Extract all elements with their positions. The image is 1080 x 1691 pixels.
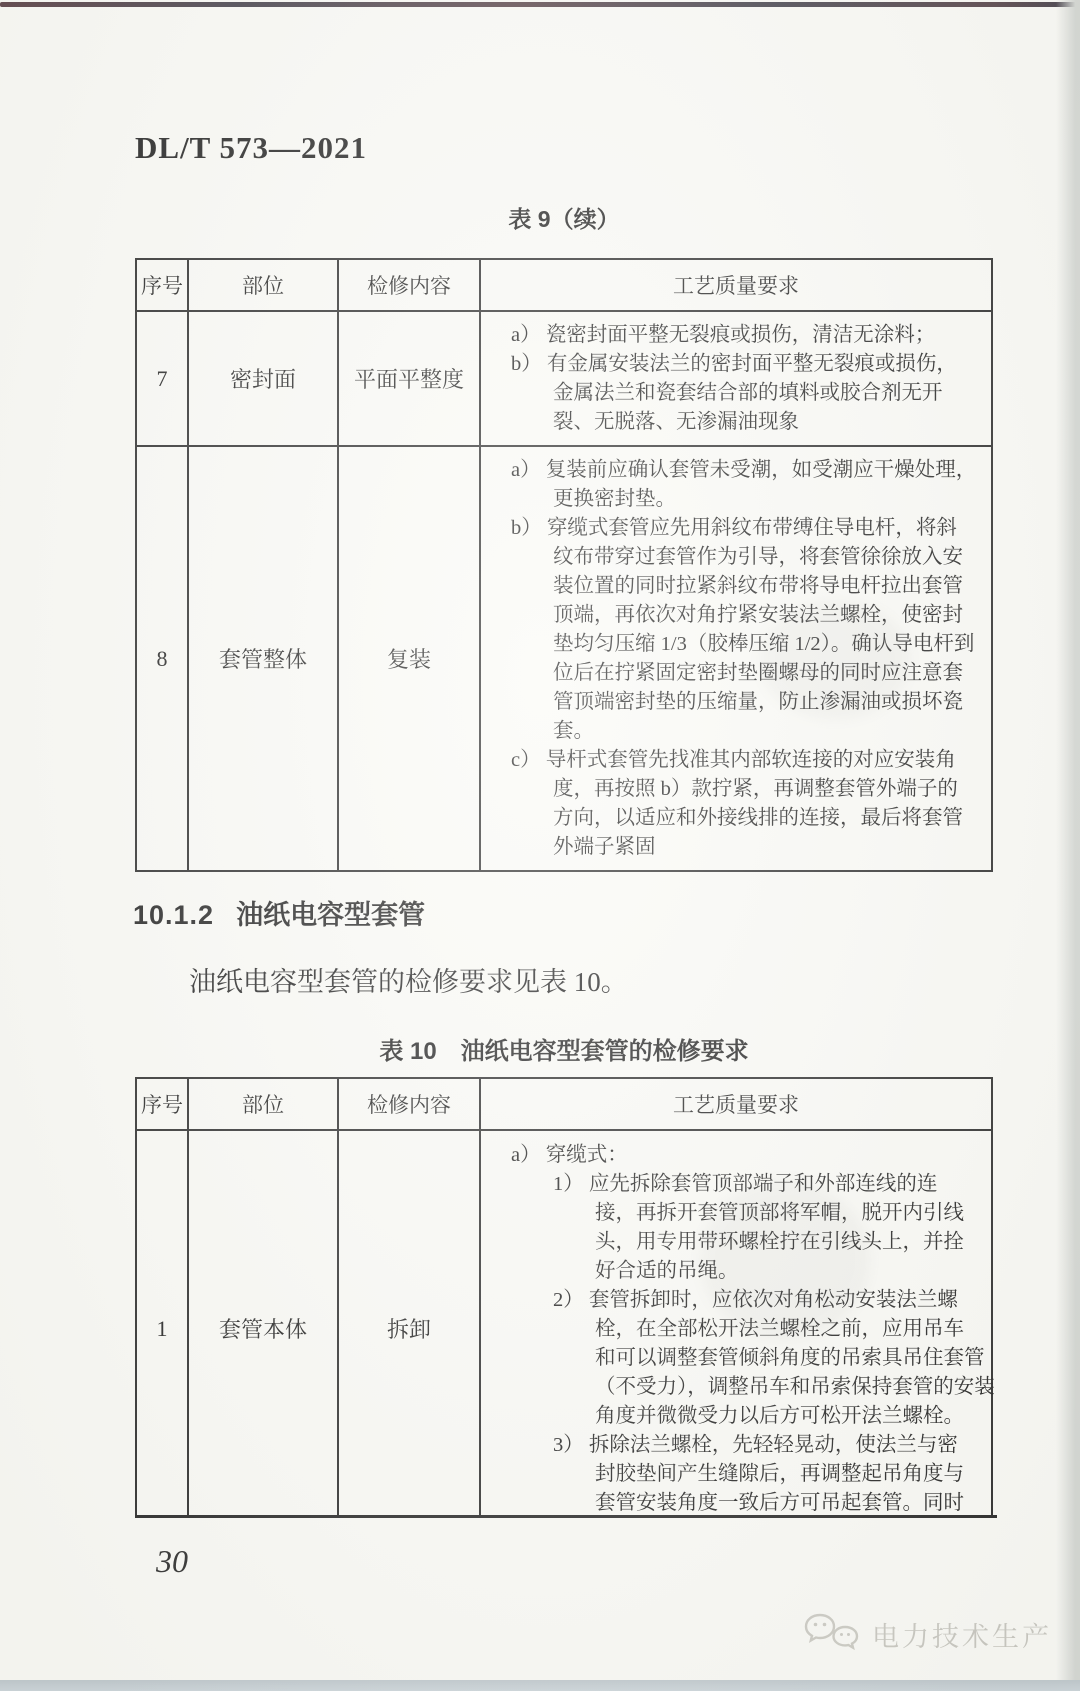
requirement-line: 纹布带穿过套管作为引导，将套管徐徐放入安 [511,543,985,572]
requirement-line: 外端子紧固 [511,833,985,862]
requirement-line: 套。 [511,717,985,746]
column-header-2: 检修内容 [338,259,480,311]
requirement-line: 更换密封垫。 [511,485,985,514]
table10-title: 表 10 油纸电容型套管的检修要求 [135,1031,993,1066]
requirement-line: 1） 应先拆除套管顶部端子和外部连线的连 [511,1170,985,1199]
requirement-line: 3） 拆除法兰螺栓，先轻轻晃动，使法兰与密 [511,1431,985,1460]
requirement-line: 头，用专用带环螺栓拧在引线头上，并拴 [511,1228,985,1257]
requirement-line: 接，再拆开套管顶部将军帽，脱开内引线 [511,1199,985,1228]
table10-container: 序号部位检修内容工艺质量要求1套管本体拆卸a） 穿缆式：1） 应先拆除套管顶部端… [135,1077,997,1518]
requirement-line: b） 有金属安装法兰的密封面平整无裂痕或损伤， [511,350,985,379]
cell-requirements: a） 复装前应确认套管未受潮，如受潮应干燥处理，更换密封垫。b） 穿缆式套管应先… [480,446,992,871]
section-paragraph: 油纸电容型套管的检修要求见表 10。 [189,960,628,999]
table10: 序号部位检修内容工艺质量要求1套管本体拆卸a） 穿缆式：1） 应先拆除套管顶部端… [135,1077,993,1518]
requirement-line: 金属法兰和瓷套结合部的填料或胶合剂无开 [511,379,985,408]
wechat-bubbles-icon [804,1612,862,1656]
requirement-line: 度，再按照 b）款拧紧，再调整套管外端子的 [511,775,985,804]
doc-code: DL/T 573—2021 [135,130,367,166]
header-row: 序号部位检修内容工艺质量要求 [136,259,992,311]
requirement-line: 套管安装角度一致后方可吊起套管。同时 [511,1489,985,1518]
column-header-1: 部位 [188,259,338,311]
cell-requirements: a） 穿缆式：1） 应先拆除套管顶部端子和外部连线的连接，再拆开套管顶部将军帽，… [480,1130,992,1518]
scan-artifact-right-edge [1056,0,1080,1691]
scan-artifact-bottom-edge [0,1680,1080,1691]
requirement-line: （不受力），调整吊车和吊索保持套管的安装 [511,1373,985,1402]
cell-seq: 1 [136,1130,188,1518]
table-row: 8套管整体复装a） 复装前应确认套管未受潮，如受潮应干燥处理，更换密封垫。b） … [136,446,992,871]
cell-requirements: a） 瓷密封面平整无裂痕或损伤，清洁无涂料；b） 有金属安装法兰的密封面平整无裂… [480,311,992,446]
cell-seq: 8 [136,446,188,871]
column-header-2: 检修内容 [338,1078,480,1130]
column-header-1: 部位 [188,1078,338,1130]
section-heading: 10.1.2油纸电容型套管 [133,893,425,932]
table9-container: 序号部位检修内容工艺质量要求7密封面平面平整度a） 瓷密封面平整无裂痕或损伤，清… [135,258,997,872]
scan-artifact-top-edge [0,2,1080,7]
requirement-line: 裂、无脱落、无渗漏油现象 [511,408,985,437]
table-row: 7密封面平面平整度a） 瓷密封面平整无裂痕或损伤，清洁无涂料；b） 有金属安装法… [136,311,992,446]
document-page: DL/T 573—2021 表 9（续） 序号部位检修内容工艺质量要求7密封面平… [0,0,1080,1691]
section-title: 油纸电容型套管 [236,900,425,930]
column-header-0: 序号 [136,1078,188,1130]
requirement-line: b） 穿缆式套管应先用斜纹布带缚住导电杆，将斜 [511,514,985,543]
column-header-3: 工艺质量要求 [480,1078,992,1130]
table9: 序号部位检修内容工艺质量要求7密封面平面平整度a） 瓷密封面平整无裂痕或损伤，清… [135,258,993,872]
cell-content: 平面平整度 [338,311,480,446]
watermark-text: 电力技术生产 [872,1615,1052,1654]
requirement-line: a） 瓷密封面平整无裂痕或损伤，清洁无涂料； [511,321,985,350]
requirement-line: 装位置的同时拉紧斜纹布带将导电杆拉出套管 [511,572,985,601]
cell-content: 拆卸 [338,1130,480,1518]
requirement-line: 顶端，再依次对角拧紧安装法兰螺栓，使密封 [511,601,985,630]
cell-part: 套管本体 [188,1130,338,1518]
requirement-line: c） 导杆式套管先找准其内部软连接的对应安装角 [511,746,985,775]
cell-part: 套管整体 [188,446,338,871]
cell-content: 复装 [338,446,480,871]
cell-seq: 7 [136,311,188,446]
cell-part: 密封面 [188,311,338,446]
header-row: 序号部位检修内容工艺质量要求 [136,1078,992,1130]
requirement-line: 栓，在全部松开法兰螺栓之前，应用吊车 [511,1315,985,1344]
requirement-line: 位后在拧紧固定密封垫圈螺母的同时应注意套 [511,659,985,688]
requirement-line: a） 复装前应确认套管未受潮，如受潮应干燥处理， [511,456,985,485]
column-header-0: 序号 [136,259,188,311]
requirement-line: 和可以调整套管倾斜角度的吊索具吊住套管 [511,1344,985,1373]
requirement-line: 方向，以适应和外接线排的连接，最后将套管 [511,804,985,833]
requirement-line: 角度并微微受力以后方可松开法兰螺栓。 [511,1402,985,1431]
requirement-line: a） 穿缆式： [511,1141,985,1170]
section-number: 10.1.2 [133,900,214,930]
requirement-line: 管顶端密封垫的压缩量，防止渗漏油或损坏瓷 [511,688,985,717]
requirement-line: 好合适的吊绳。 [511,1257,985,1286]
table-row: 1套管本体拆卸a） 穿缆式：1） 应先拆除套管顶部端子和外部连线的连接，再拆开套… [136,1130,992,1518]
table9-title: 表 9（续） [135,201,993,234]
column-header-3: 工艺质量要求 [480,259,992,311]
requirement-line: 封胶垫间产生缝隙后，再调整起吊角度与 [511,1460,985,1489]
requirement-line: 垫均匀压缩 1/3（胶棒压缩 1/2）。确认导电杆到 [511,630,985,659]
watermark: 电力技术生产 [804,1612,1052,1656]
requirement-line: 2） 套管拆卸时，应依次对角松动安装法兰螺 [511,1286,985,1315]
page-number: 30 [156,1543,188,1580]
